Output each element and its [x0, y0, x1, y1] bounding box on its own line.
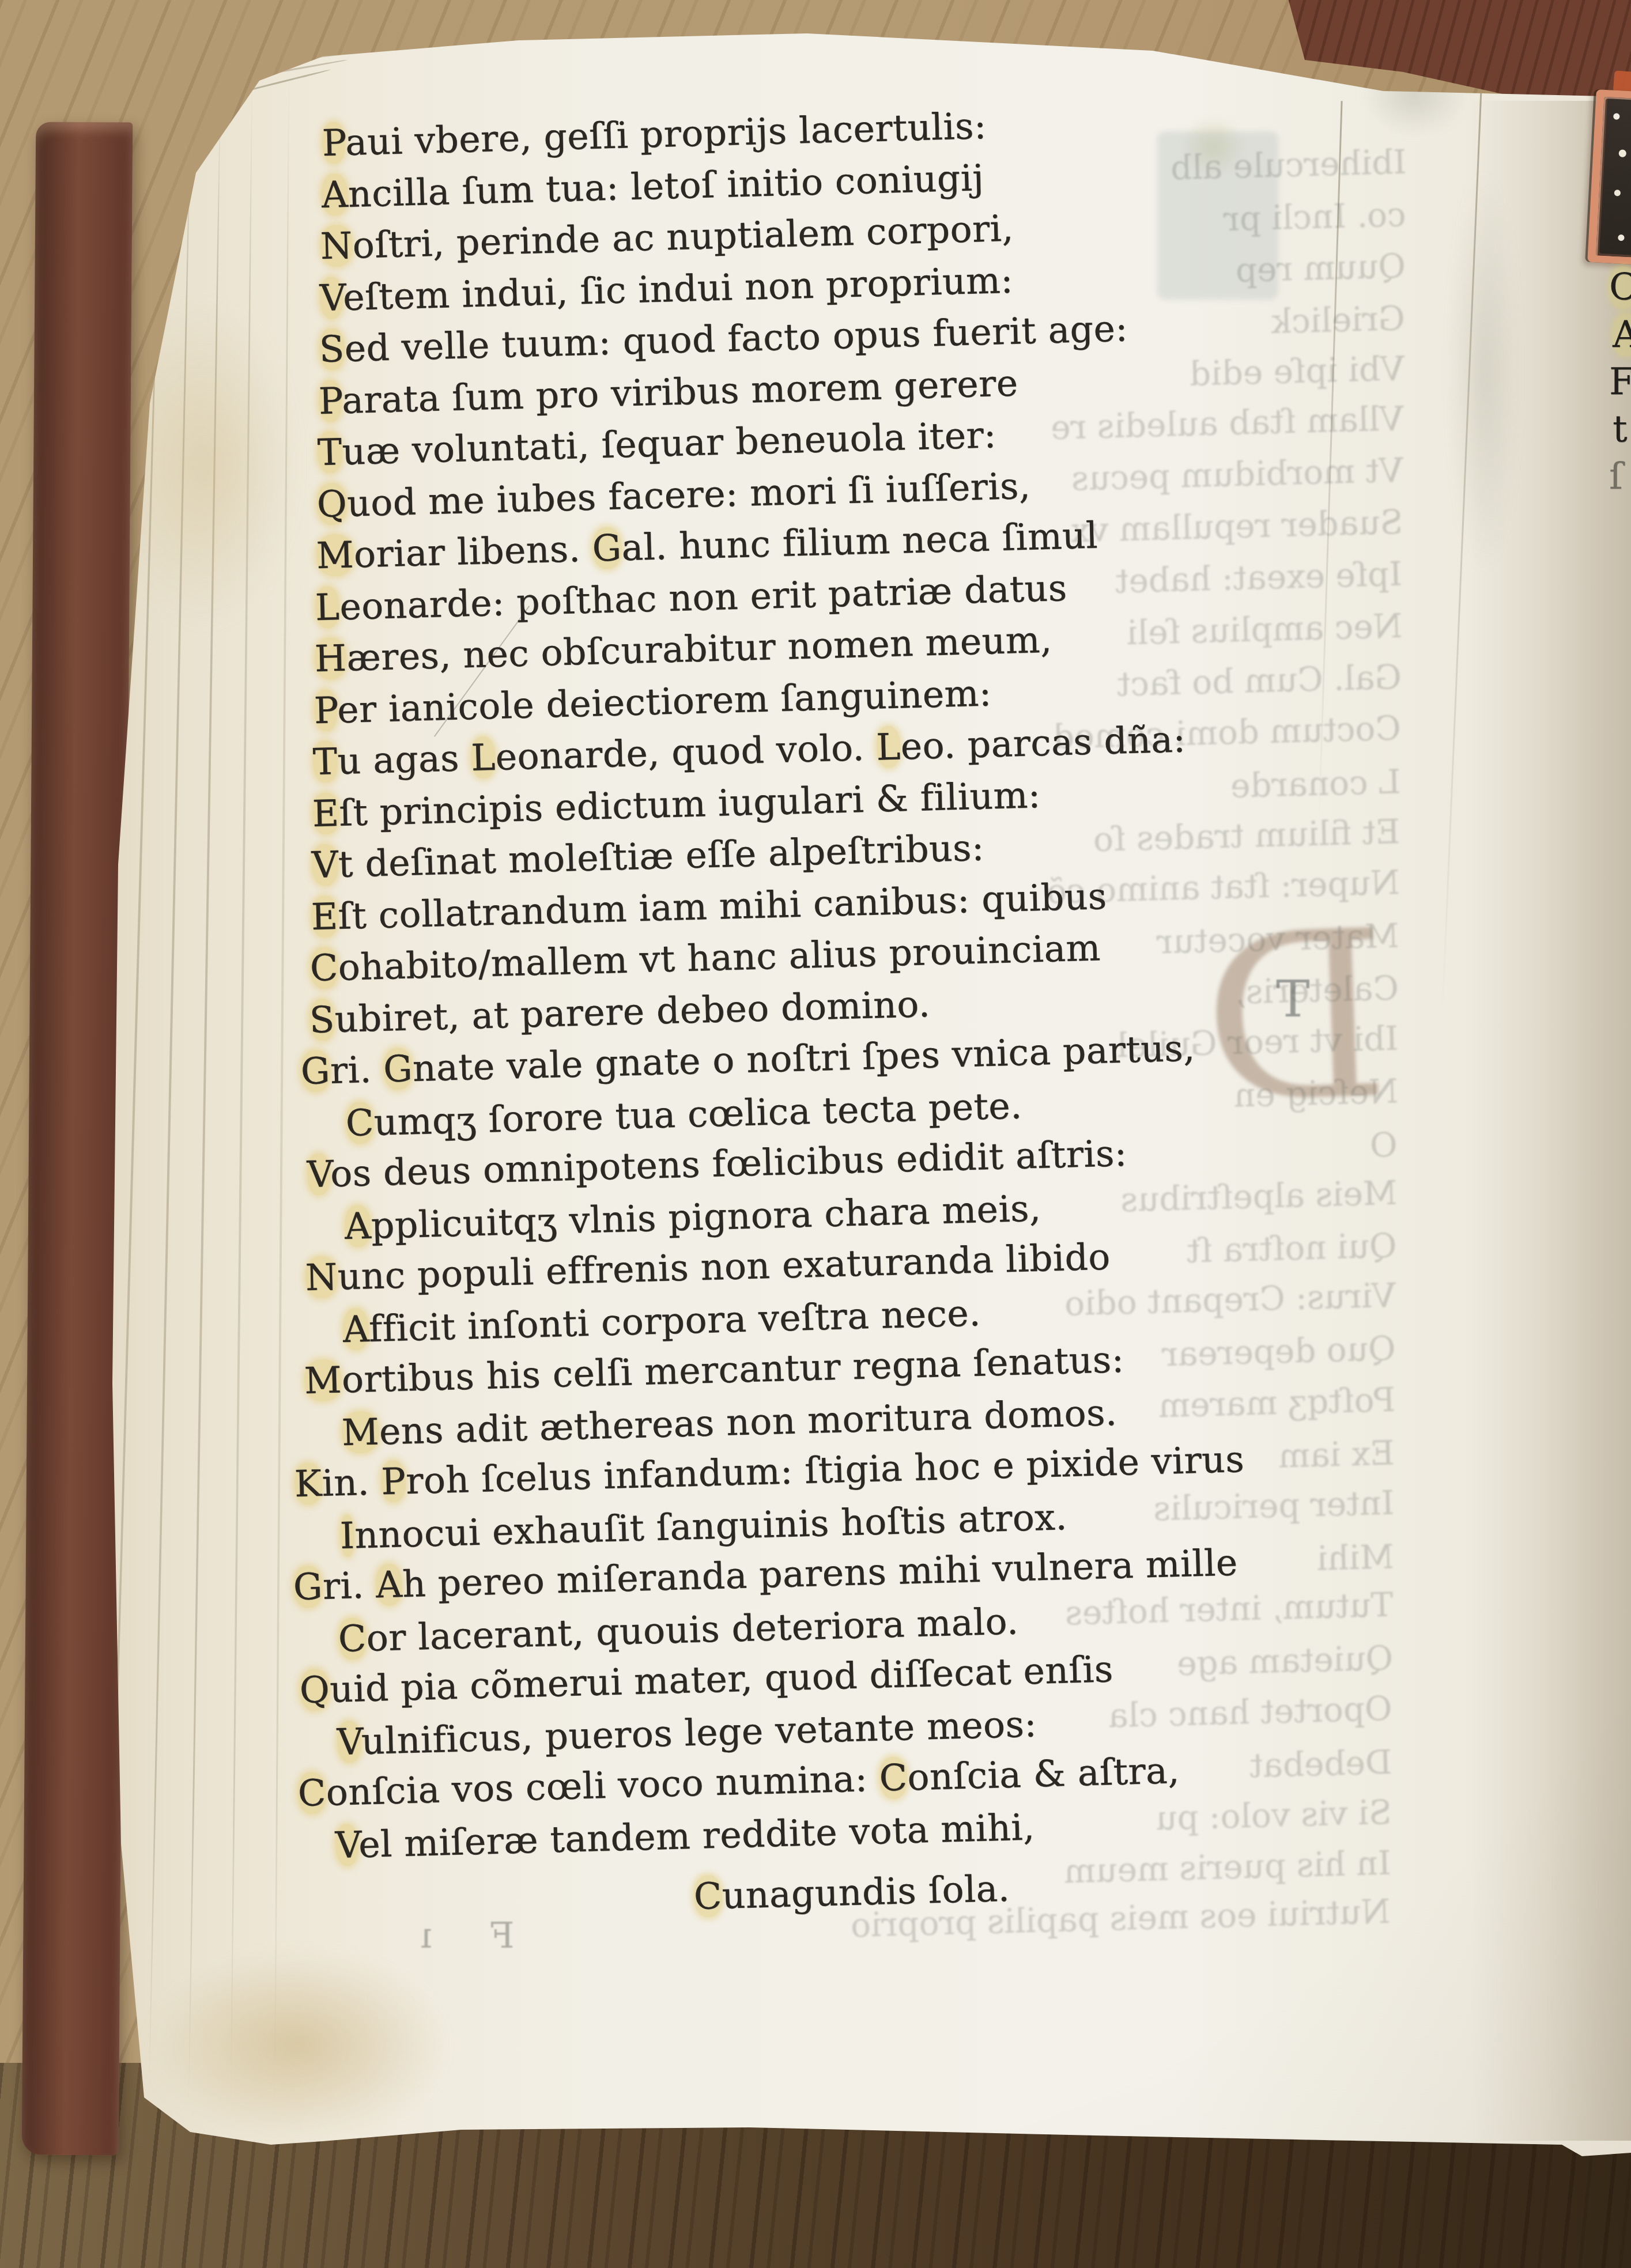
illuminated-capital: C — [1609, 266, 1631, 309]
recto-line-initial: C — [1609, 266, 1631, 309]
recto-line-initial: t — [1613, 408, 1628, 451]
illuminated-capital: A — [1613, 313, 1631, 356]
photo-open-incunable-book: { "scene": { "colors": { "paper": "#f2ef… — [0, 0, 1631, 2268]
recto-edge-letters: CAFtſ — [0, 0, 1631, 2268]
recto-line-initial: A — [1613, 313, 1631, 356]
recto-line-initial: F — [1609, 361, 1631, 403]
recto-line-initial: ſ — [1609, 455, 1623, 498]
